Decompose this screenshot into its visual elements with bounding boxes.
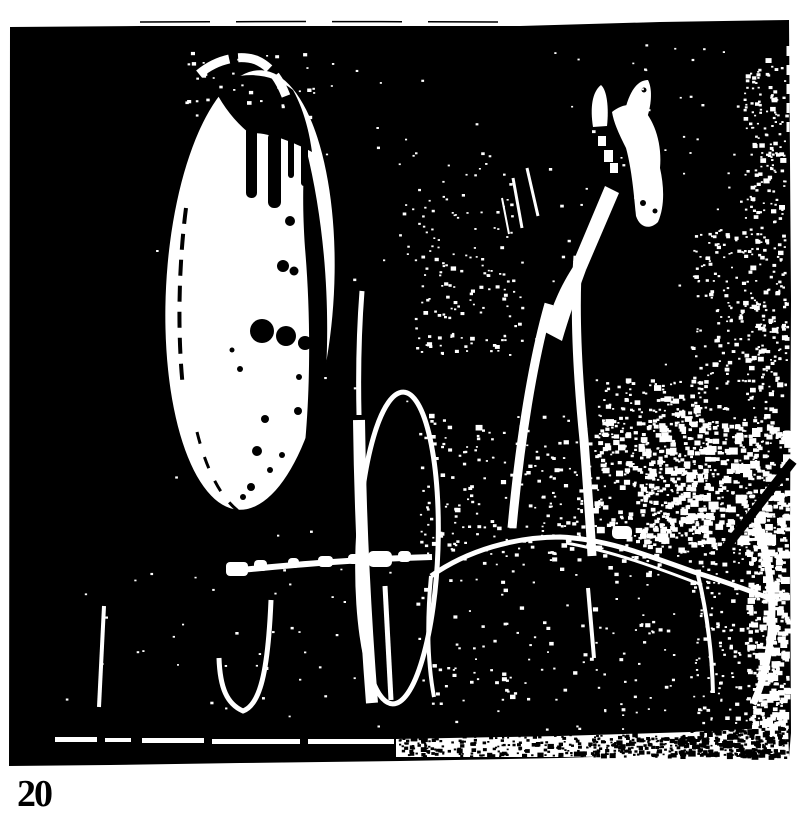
book-page: 20 — [0, 0, 800, 813]
plate-top-hairline — [140, 22, 520, 23]
plate-photo — [0, 0, 800, 813]
plate-number: 20 — [17, 772, 51, 813]
